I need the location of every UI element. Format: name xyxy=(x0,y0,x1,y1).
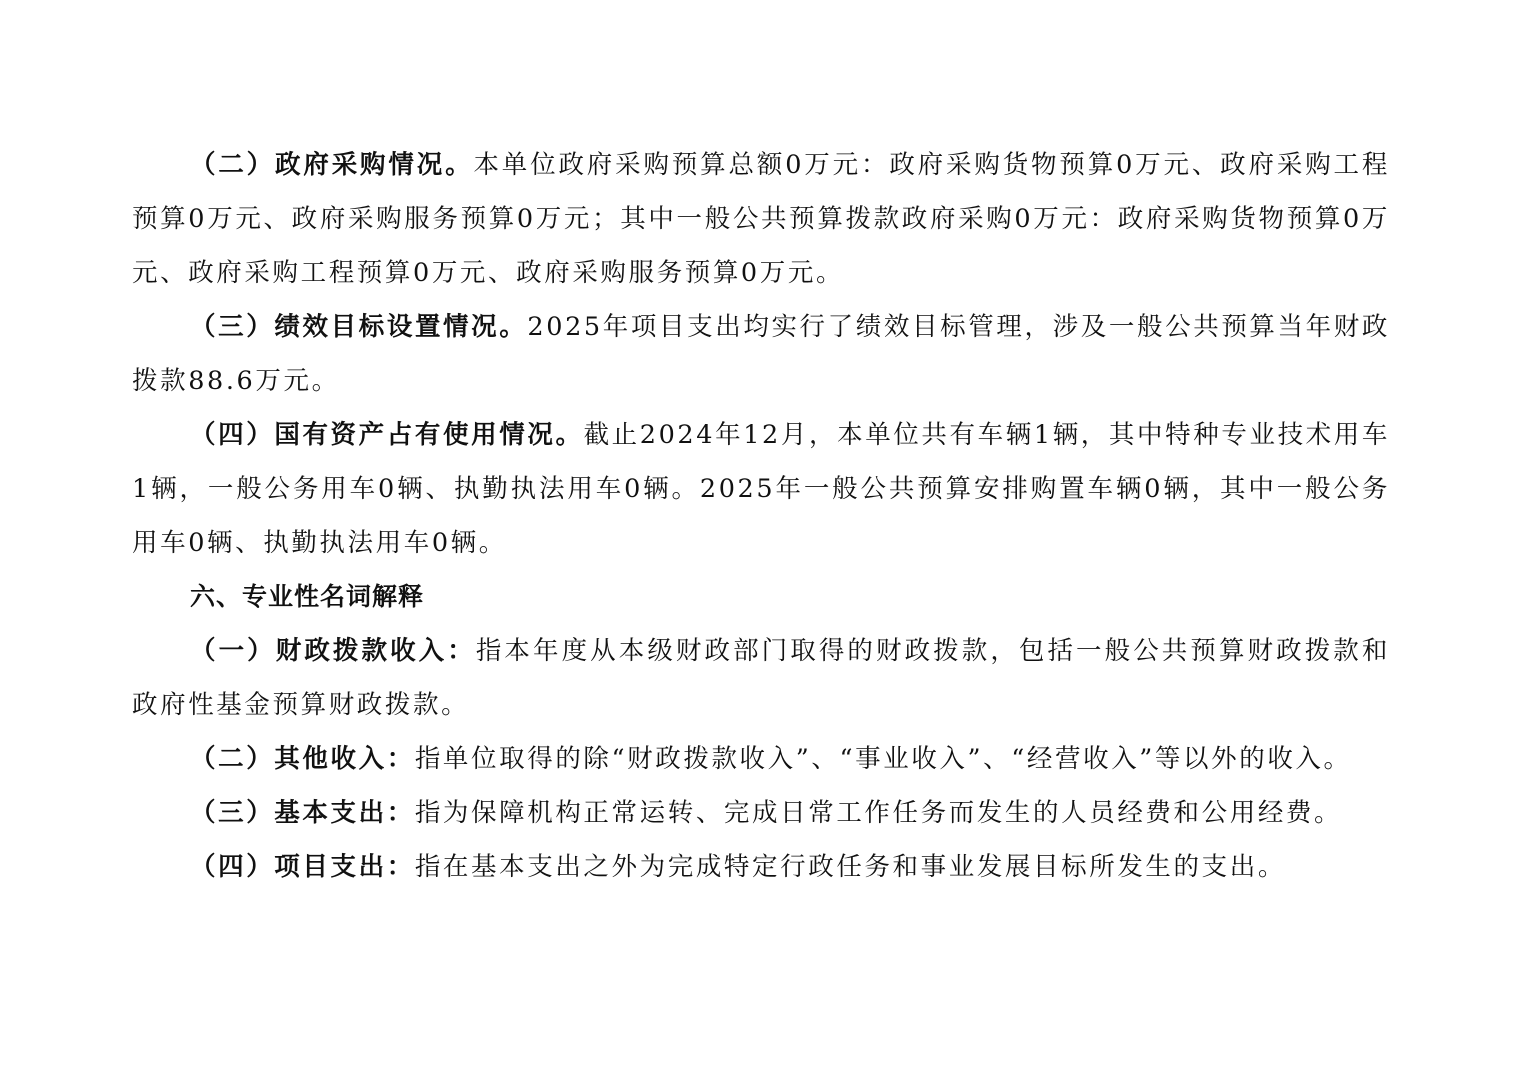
paragraph-project-expenditure: （四）项目支出：指在基本支出之外为完成特定行政任务和事业发展目标所发生的支出。 xyxy=(132,840,1390,894)
paragraph-fiscal-appropriation-income: （一）财政拨款收入：指本年度从本级财政部门取得的财政拨款，包括一般公共预算财政拨… xyxy=(132,624,1390,732)
paragraph-basic-expenditure: （三）基本支出：指为保障机构正常运转、完成日常工作任务而发生的人员经费和公用经费… xyxy=(132,786,1390,840)
paragraph-lead: （二）其他收入： xyxy=(190,744,415,774)
paragraph-performance-targets: （三）绩效目标设置情况。2025年项目支出均实行了绩效目标管理，涉及一般公共预算… xyxy=(132,300,1390,408)
paragraph-lead: （二）政府采购情况。 xyxy=(190,150,473,180)
paragraph-body: 指单位取得的除“财政拨款收入”、“事业收入”、“经营收入”等以外的收入。 xyxy=(415,744,1352,774)
paragraph-lead: （三）基本支出： xyxy=(190,798,415,828)
document-page: （二）政府采购情况。本单位政府采购预算总额0万元：政府采购货物预算0万元、政府采… xyxy=(132,138,1390,894)
paragraph-lead: （三）绩效目标设置情况。 xyxy=(190,312,527,342)
section-heading-terminology: 六、专业性名词解释 xyxy=(132,570,1390,624)
paragraph-state-assets: （四）国有资产占有使用情况。截止2024年12月，本单位共有车辆1辆，其中特种专… xyxy=(132,408,1390,570)
paragraph-body: 指在基本支出之外为完成特定行政任务和事业发展目标所发生的支出。 xyxy=(415,852,1286,882)
paragraph-other-income: （二）其他收入：指单位取得的除“财政拨款收入”、“事业收入”、“经营收入”等以外… xyxy=(132,732,1390,786)
paragraph-lead: （四）项目支出： xyxy=(190,852,415,882)
paragraph-lead: （一）财政拨款收入： xyxy=(190,636,476,666)
paragraph-lead: （四）国有资产占有使用情况。 xyxy=(190,420,584,450)
paragraph-government-procurement: （二）政府采购情况。本单位政府采购预算总额0万元：政府采购货物预算0万元、政府采… xyxy=(132,138,1390,300)
paragraph-body: 指为保障机构正常运转、完成日常工作任务而发生的人员经费和公用经费。 xyxy=(415,798,1342,828)
